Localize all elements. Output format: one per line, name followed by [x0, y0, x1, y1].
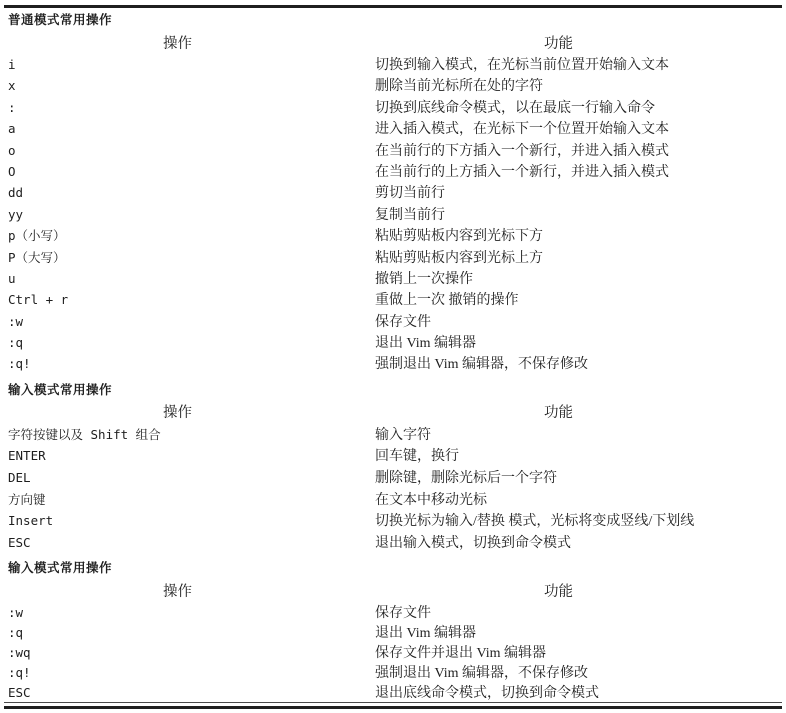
operation-cell: 方向键 — [0, 490, 375, 508]
operation-cell: :q! — [0, 665, 375, 680]
insert-mode-section: 输入模式常用操作 操作 功能 字符按键以及 Shift 组合输入字符ENTER回… — [0, 381, 786, 554]
function-cell: 强制退出 Vim 编辑器，不保存修改 — [375, 353, 786, 373]
operation-column-header: 操作 — [0, 32, 375, 53]
table-row: :q!强制退出 Vim 编辑器，不保存修改 — [0, 662, 786, 682]
operation-cell: a — [0, 121, 375, 136]
table-row: :q退出 Vim 编辑器 — [0, 332, 786, 353]
table-row: O在当前行的上方插入一个新行，并进入插入模式 — [0, 161, 786, 182]
table-row: Insert切换光标为输入/替换 模式，光标将变成竖线/下划线 — [0, 510, 786, 532]
table-body: 字符按键以及 Shift 组合输入字符ENTER回车键，换行DEL删除键，删除光… — [0, 424, 786, 554]
operation-cell: O — [0, 164, 375, 179]
section-title: 普通模式常用操作 — [0, 11, 786, 30]
table-row: dd剪切当前行 — [0, 182, 786, 203]
operation-cell: u — [0, 271, 375, 286]
function-cell: 回车键，换行 — [375, 445, 786, 465]
table-row: :q退出 Vim 编辑器 — [0, 622, 786, 642]
normal-mode-section: 普通模式常用操作 操作 功能 i切换到输入模式，在光标当前位置开始输入文本x删除… — [0, 11, 786, 375]
function-cell: 切换到底线命令模式，以在最底一行输入命令 — [375, 97, 786, 117]
function-cell: 粘贴剪贴板内容到光标上方 — [375, 247, 786, 267]
function-cell: 删除键，删除光标后一个字符 — [375, 467, 786, 487]
operation-cell: ESC — [0, 535, 375, 550]
table-row: :w保存文件 — [0, 311, 786, 332]
operation-cell: 字符按键以及 Shift 组合 — [0, 425, 375, 443]
operation-cell: DEL — [0, 470, 375, 485]
operation-cell: p（小写） — [0, 226, 375, 244]
command-line-mode-section: 输入模式常用操作 操作 功能 :w保存文件:q退出 Vim 编辑器:wq保存文件… — [0, 559, 786, 701]
function-cell: 退出底线命令模式，切换到命令模式 — [375, 682, 786, 702]
table-row: P（大写）粘贴剪贴板内容到光标上方 — [0, 247, 786, 268]
table-header-row: 操作 功能 — [0, 578, 786, 602]
function-cell: 删除当前光标所在处的字符 — [375, 75, 786, 95]
operation-cell: :w — [0, 605, 375, 620]
table-row: 方向键在文本中移动光标 — [0, 489, 786, 511]
operation-cell: :q — [0, 625, 375, 640]
operation-cell: dd — [0, 185, 375, 200]
function-cell: 保存文件 — [375, 311, 786, 331]
operation-cell: x — [0, 78, 375, 93]
function-cell: 输入字符 — [375, 424, 786, 444]
bottom-thin-rule — [4, 702, 782, 703]
table-row: yy复制当前行 — [0, 204, 786, 225]
function-cell: 保存文件并退出 Vim 编辑器 — [375, 642, 786, 662]
function-cell: 保存文件 — [375, 602, 786, 622]
section-title: 输入模式常用操作 — [0, 381, 786, 400]
function-column-header: 功能 — [375, 401, 786, 422]
function-cell: 在当前行的上方插入一个新行，并进入插入模式 — [375, 161, 786, 181]
function-cell: 退出 Vim 编辑器 — [375, 332, 786, 352]
operation-cell: Ctrl + r — [0, 292, 375, 307]
table-row: :切换到底线命令模式，以在最底一行输入命令 — [0, 97, 786, 118]
table-body: :w保存文件:q退出 Vim 编辑器:wq保存文件并退出 Vim 编辑器:q!强… — [0, 602, 786, 701]
function-cell: 切换到输入模式，在光标当前位置开始输入文本 — [375, 54, 786, 74]
table-row: u撤销上一次操作 — [0, 268, 786, 289]
bottom-thick-rule — [4, 706, 782, 709]
function-cell: 在当前行的下方插入一个新行，并进入插入模式 — [375, 140, 786, 160]
vim-commands-document-page: 普通模式常用操作 操作 功能 i切换到输入模式，在光标当前位置开始输入文本x删除… — [0, 0, 786, 713]
operation-cell: yy — [0, 207, 375, 222]
operation-cell: Insert — [0, 513, 375, 528]
operation-cell: :q! — [0, 356, 375, 371]
operation-cell: :wq — [0, 645, 375, 660]
top-rule — [4, 5, 782, 8]
operation-cell: ENTER — [0, 448, 375, 463]
function-cell: 退出输入模式，切换到命令模式 — [375, 532, 786, 552]
table-row: x删除当前光标所在处的字符 — [0, 75, 786, 96]
function-cell: 强制退出 Vim 编辑器，不保存修改 — [375, 662, 786, 682]
operation-cell: : — [0, 100, 375, 115]
function-cell: 剪切当前行 — [375, 182, 786, 202]
operation-column-header: 操作 — [0, 401, 375, 422]
function-column-header: 功能 — [375, 32, 786, 53]
table-body: i切换到输入模式，在光标当前位置开始输入文本x删除当前光标所在处的字符:切换到底… — [0, 54, 786, 375]
table-row: 字符按键以及 Shift 组合输入字符 — [0, 424, 786, 446]
table-row: ENTER回车键，换行 — [0, 445, 786, 467]
function-cell: 撤销上一次操作 — [375, 268, 786, 288]
function-cell: 粘贴剪贴板内容到光标下方 — [375, 225, 786, 245]
operation-column-header: 操作 — [0, 580, 375, 601]
table-header-row: 操作 功能 — [0, 30, 786, 54]
function-cell: 切换光标为输入/替换 模式，光标将变成竖线/下划线 — [375, 510, 786, 530]
table-row: Ctrl + r重做上一次 撤销的操作 — [0, 289, 786, 310]
function-cell: 退出 Vim 编辑器 — [375, 622, 786, 642]
table-row: :q!强制退出 Vim 编辑器，不保存修改 — [0, 353, 786, 374]
function-cell: 进入插入模式，在光标下一个位置开始输入文本 — [375, 118, 786, 138]
table-header-row: 操作 功能 — [0, 400, 786, 424]
table-row: ESC退出输入模式，切换到命令模式 — [0, 532, 786, 554]
operation-cell: o — [0, 143, 375, 158]
table-row: :wq保存文件并退出 Vim 编辑器 — [0, 642, 786, 662]
function-column-header: 功能 — [375, 580, 786, 601]
table-row: a进入插入模式，在光标下一个位置开始输入文本 — [0, 118, 786, 139]
operation-cell: :w — [0, 314, 375, 329]
operation-cell: P（大写） — [0, 248, 375, 266]
operation-cell: ESC — [0, 685, 375, 700]
table-row: o在当前行的下方插入一个新行，并进入插入模式 — [0, 140, 786, 161]
table-row: :w保存文件 — [0, 602, 786, 622]
table-row: ESC退出底线命令模式，切换到命令模式 — [0, 682, 786, 702]
operation-cell: i — [0, 57, 375, 72]
operation-cell: :q — [0, 335, 375, 350]
section-title: 输入模式常用操作 — [0, 559, 786, 578]
function-cell: 重做上一次 撤销的操作 — [375, 289, 786, 309]
table-row: DEL删除键，删除光标后一个字符 — [0, 467, 786, 489]
table-row: p（小写）粘贴剪贴板内容到光标下方 — [0, 225, 786, 246]
function-cell: 在文本中移动光标 — [375, 489, 786, 509]
function-cell: 复制当前行 — [375, 204, 786, 224]
table-row: i切换到输入模式，在光标当前位置开始输入文本 — [0, 54, 786, 75]
